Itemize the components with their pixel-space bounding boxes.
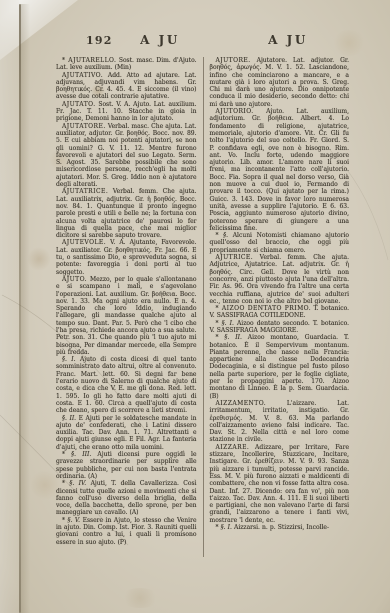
dictionary-entry: AJUTATO. Sost. V. A. Ajuto. Lat. auxiliu… [56, 101, 197, 123]
text-columns: * AJUTARELLO. Sost. masc. Dim. d'Ajuto. … [56, 57, 349, 557]
entry-body: Aizoo montano, Guardacia. T. botanico. È… [210, 334, 350, 399]
entry-body: Aizzarsi. n. p. Stizzirsi, Incolle- [234, 524, 329, 531]
dictionary-entry: * §. IV. Ajuti, T. della Cavallerizza. C… [56, 480, 197, 516]
entry-headword: AJUTORE. [216, 57, 251, 64]
dictionary-entry: * §. I. Aizoo dentato secondo. T. botani… [210, 320, 350, 335]
dictionary-entry: AJUTORE. Ajutatore. Lat. adjutor. Gr. βο… [210, 57, 350, 108]
entry-headword: * §. V. [62, 517, 80, 524]
dictionary-entry: * §. I. Aizzarsi. n. p. Stizzirsi, Incol… [210, 524, 350, 531]
entry-headword: * AJUTARELLO. [62, 57, 116, 64]
entry-headword: AJUTEVOLE. [62, 239, 106, 246]
page-spine-strip [0, 0, 19, 613]
scanned-page: 192 A JU A JU * AJUTARELLO. Sost. masc. … [0, 0, 390, 613]
entry-body: Mezzo, per lo quale s'allontanano e si s… [56, 276, 197, 356]
dictionary-entry: * §. Alcuni Notomisti chiamano ajutorio … [210, 232, 350, 254]
running-head-left: A JU [115, 33, 205, 47]
entry-headword: * §. II. [216, 334, 242, 341]
dictionary-entry: AIZZAMENTO. L'aizzare. Lat. irritamentum… [210, 400, 350, 444]
entry-headword: AIZZARE. [216, 444, 250, 451]
entry-body: Adizzare, per Irritare, Fare stizzare, I… [210, 444, 350, 524]
entry-headword: AJUTATORE. [62, 123, 106, 130]
entry-body: Ajuto di costa dicesi di quel tanto somm… [56, 356, 197, 414]
dictionary-entry: AJUTRICE. Verbal. femm. Che ajuta. Adjut… [210, 254, 350, 305]
entry-headword: * §. I. [216, 524, 232, 531]
foxing-stain [332, 30, 366, 56]
text-column-left: * AJUTARELLO. Sost. masc. Dim. d'Ajuto. … [56, 57, 197, 557]
entry-body: Alcuni Notomisti chiamano ajutorio quell… [210, 232, 350, 254]
foxing-stain [28, 246, 50, 272]
entry-body: L'aizzare. Lat. irritamentum, irritatio,… [210, 400, 350, 443]
entry-headword: AIZZAMENTO. [216, 400, 267, 407]
entry-headword: §. II. [62, 415, 76, 422]
entry-body: Verbal. femm. Che ajuta. Lat. auxiliatri… [56, 188, 197, 239]
dictionary-entry: AIZZARE. Adizzare, per Irritare, Fare st… [210, 444, 350, 524]
dictionary-entry: * §. II. Aizoo montano, Guardacia. T. bo… [210, 334, 350, 400]
entry-headword: AJUTRICE. [216, 254, 254, 261]
dictionary-entry: * AIZOO DENTATO PRIMO. T. botanico. V. S… [210, 305, 350, 320]
dictionary-entry: * §. III. Ajuti dicensi pure oggidì le g… [56, 451, 197, 480]
page-spine-shadow [21, 4, 30, 613]
page-number: 192 [86, 34, 113, 47]
entry-body: Verbal. masc. Che ajuta. Lat. auxiliator… [56, 123, 197, 188]
entry-headword: AJUTATO. [62, 101, 96, 108]
entry-headword: * AIZOO DENTATO PRIMO. [216, 305, 312, 312]
entry-headword: * §. IV. [62, 480, 86, 487]
dictionary-entry: §. II. E Ajuti per le soldatesche mandat… [56, 415, 197, 451]
entry-body: Verbal. femm. Che ajuta. Adjutrice, Ajut… [210, 254, 350, 305]
entry-body: Ajuto. Lat. auxilium, adjutorium. Gr. βο… [210, 108, 350, 232]
dictionary-entry: AJUTATORE. Verbal. masc. Che ajuta. Lat.… [56, 123, 197, 189]
text-column-right: AJUTORE. Ajutatore. Lat. adjutor. Gr. βο… [203, 57, 350, 557]
dictionary-entry: AJUTEVOLE. V. A. Ajutante, Favorevole. L… [56, 239, 197, 275]
entry-headword: AJUTATIVO. [62, 72, 103, 79]
entry-headword: * §. III. [62, 451, 91, 458]
entry-body: E Ajuti per le soldatesche mandate in aj… [56, 415, 197, 451]
dictionary-entry: §. I. Ajuto di costa dicesi di quel tant… [56, 356, 197, 414]
entry-headword: AJUTATRICE. [62, 188, 108, 195]
entry-headword: §. I. [62, 356, 76, 363]
entry-headword: AJUTO. [62, 276, 87, 283]
running-head-right: A JU [243, 33, 333, 47]
dictionary-entry: * AJUTARELLO. Sost. masc. Dim. d'Ajuto. … [56, 57, 197, 72]
entry-headword: * §. I. [216, 320, 234, 327]
dictionary-entry: AJUTATIVO. Add. Atto ad ajutare. Lat. ad… [56, 72, 197, 101]
foxing-stain [120, 588, 160, 608]
dictionary-entry: AJUTORIO. Ajuto. Lat. auxilium, adjutori… [210, 108, 350, 232]
dictionary-entry: AJUTATRICE. Verbal. femm. Che ajuta. Lat… [56, 188, 197, 239]
dictionary-entry: AJUTO. Mezzo, per lo quale s'allontanano… [56, 276, 197, 356]
dictionary-entry: * §. V. Essere in Ajuto, lo stesso che V… [56, 517, 197, 546]
entry-body: Ajutatore. Lat. adjutor. Gr. βοηθός, ἀρω… [210, 57, 350, 108]
